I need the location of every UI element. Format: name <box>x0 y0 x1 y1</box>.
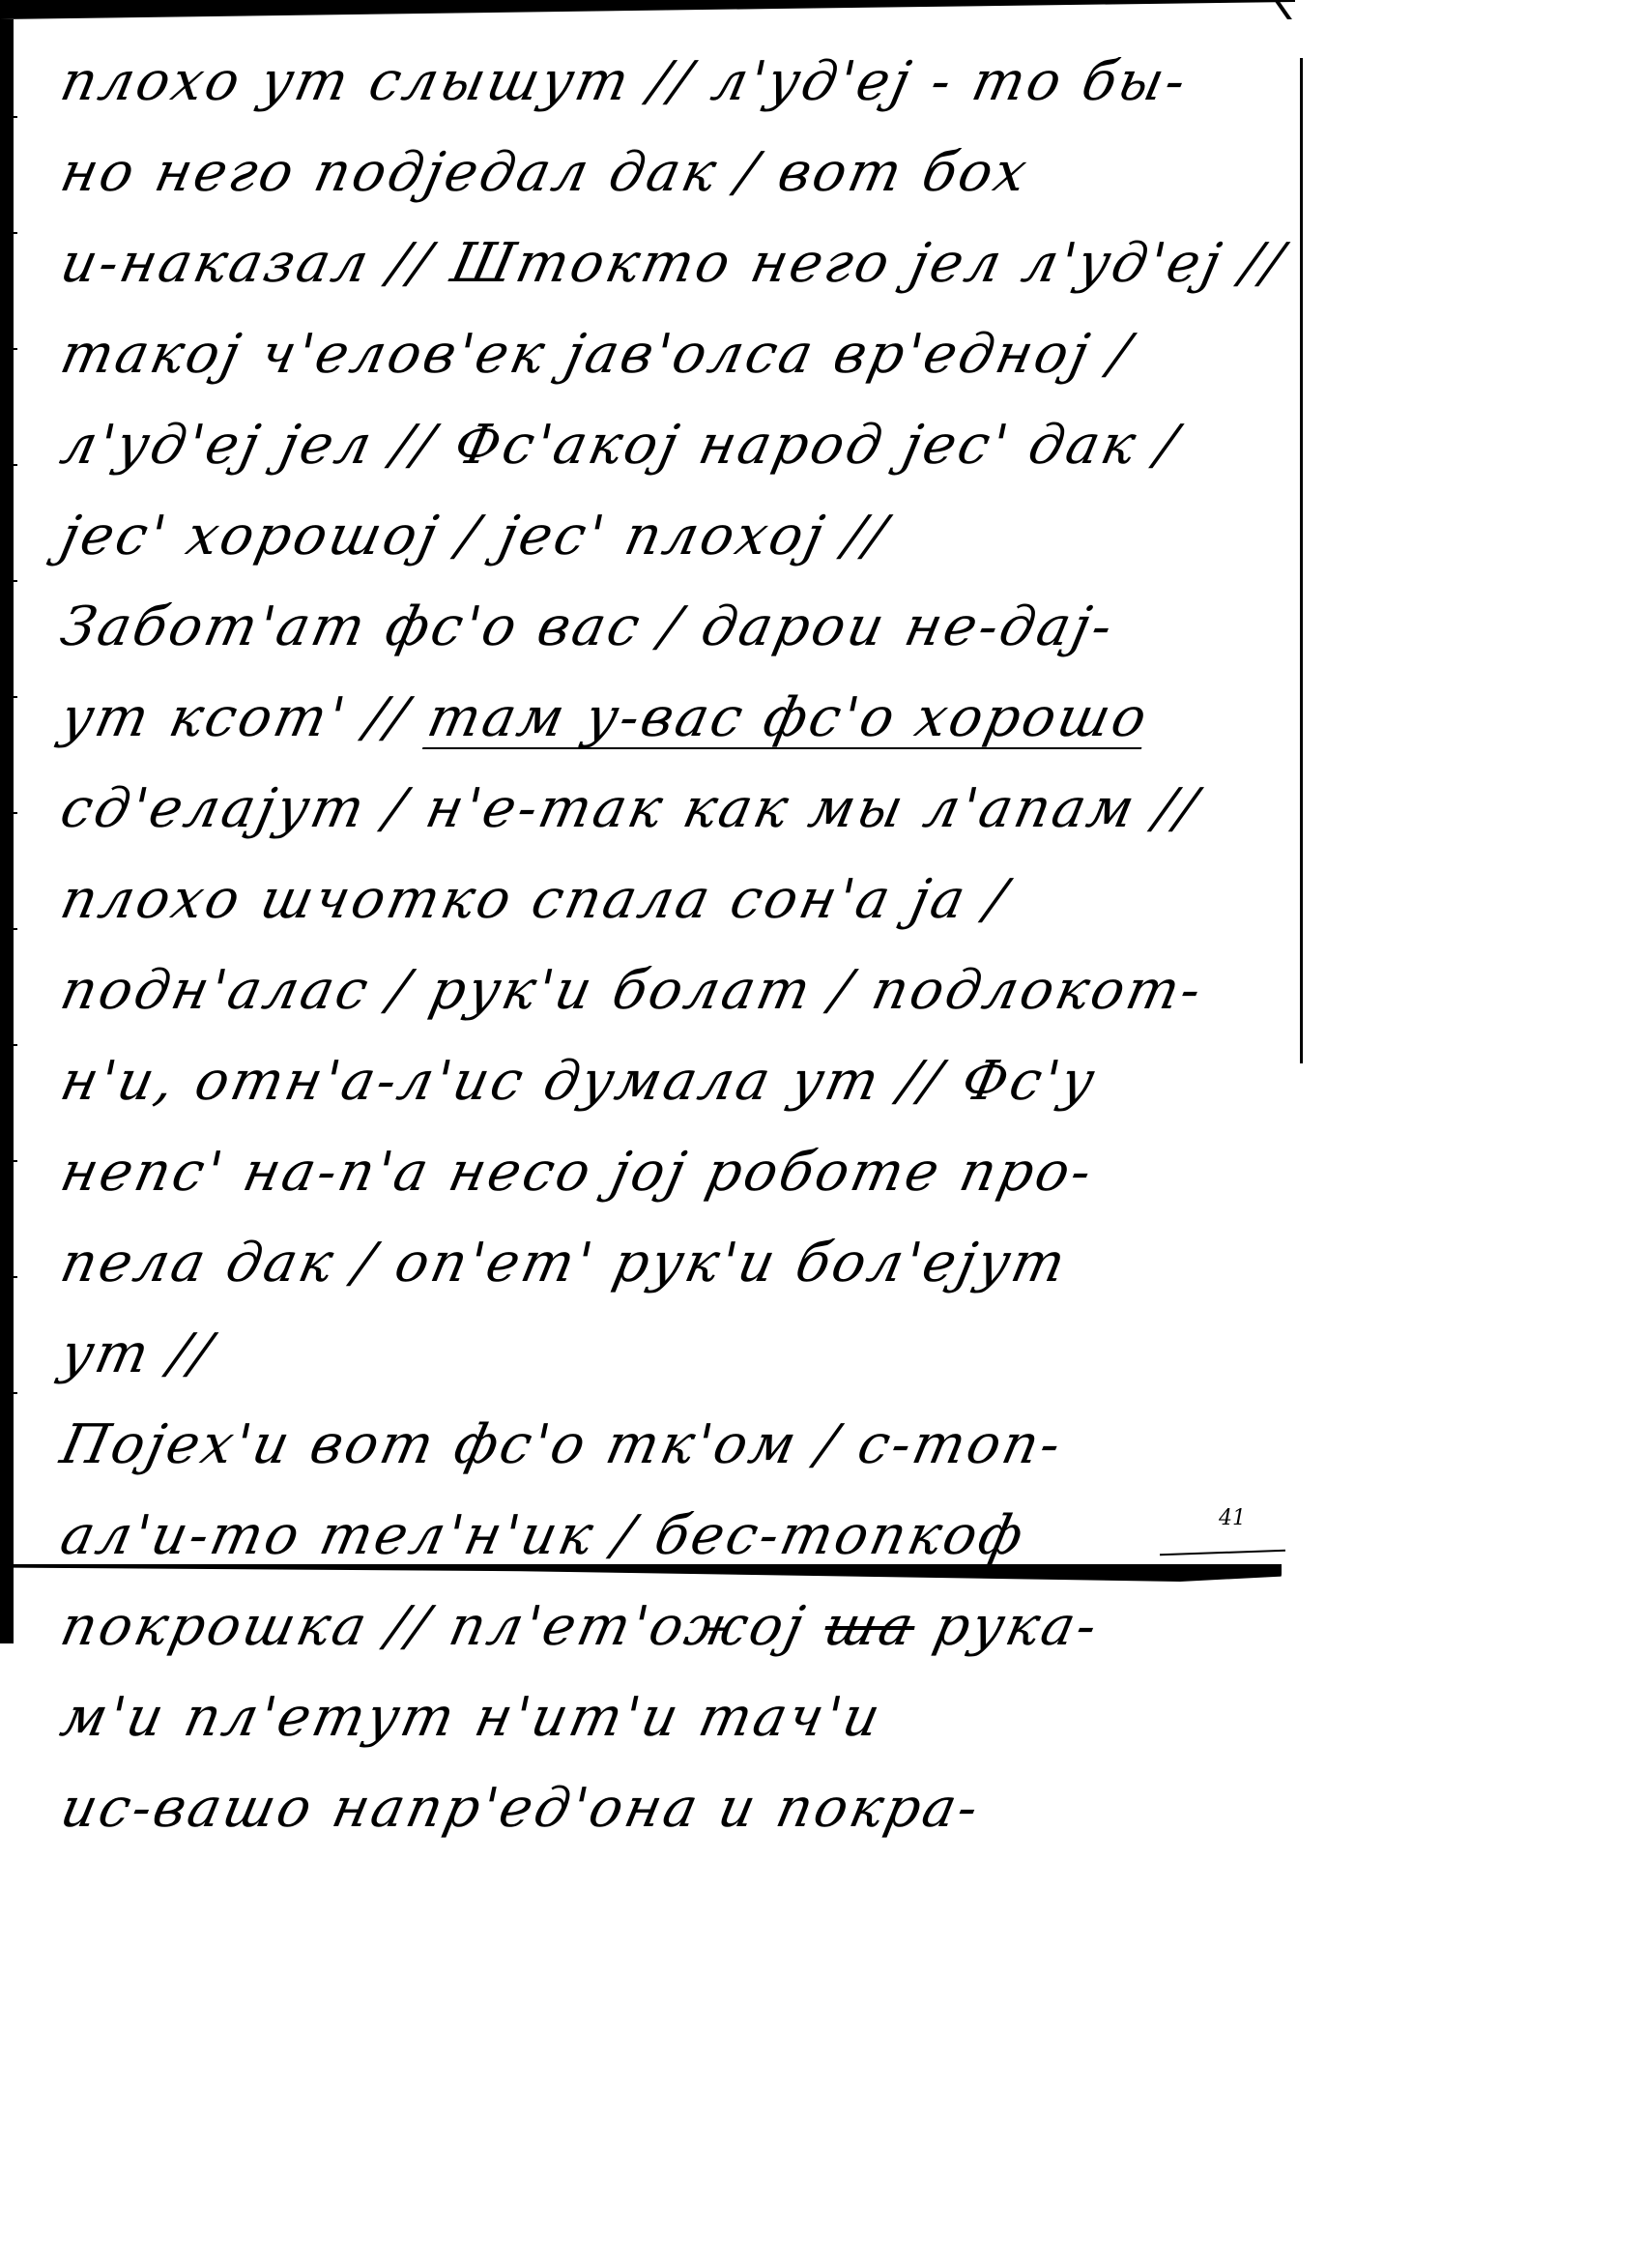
text-line: сд'елајут / н'е-так как мы л'апам // <box>52 764 1318 855</box>
margin-tick <box>10 1044 17 1046</box>
text-line: плохо шчотко спала сон'а ја / <box>52 855 1318 945</box>
text-line: ис-вашо напр'ед'она и покра- <box>52 1763 1318 1854</box>
text-line: н'и, отн'а-л'ис думала ут // Фс'у <box>52 1036 1318 1127</box>
page-number: 41 <box>1219 1506 1246 1530</box>
margin-tick <box>10 812 17 814</box>
scanned-page: плохо ут слышут // л'уд'еј - то бы- но н… <box>0 0 1643 2268</box>
margin-tick <box>10 232 17 234</box>
page-right-border <box>1300 58 1303 1063</box>
text-line: ут // <box>52 1309 1318 1400</box>
margin-tick <box>10 928 17 930</box>
text-line: јес' хорошој / јес' плохој // <box>52 491 1318 582</box>
manuscript-page: плохо ут слышут // л'уд'еј - то бы- но н… <box>14 19 1303 1566</box>
text-line: такој ч'елов'ек јав'олса вр'едној / <box>52 309 1318 400</box>
margin-tick <box>10 348 17 350</box>
margin-tick <box>10 696 17 698</box>
scan-top-edge <box>0 0 1295 19</box>
margin-tick <box>10 1392 17 1394</box>
text-line: но него подједал дак / вот бох <box>52 128 1318 218</box>
text-line-underlined: ут ксот' // там у-вас фс'о хорошо <box>52 673 1318 764</box>
text-line-start: покрошка // пл'ет'ожој <box>55 1595 812 1658</box>
text-line-start: ут ксот' // <box>55 686 436 749</box>
struck-out-word: ша <box>819 1595 921 1658</box>
margin-tick <box>10 580 17 582</box>
margin-tick <box>10 464 17 466</box>
scan-left-edge <box>0 19 14 1643</box>
text-line: Забот'ат фс'о вас / дарои не-дај- <box>52 582 1318 673</box>
text-line-end: рука- <box>928 1595 1105 1658</box>
margin-tick <box>10 1276 17 1278</box>
margin-tick <box>10 1160 17 1162</box>
text-line: л'уд'еј јел // Фс'акој народ јес' дак / <box>52 400 1318 491</box>
text-line-with-strikeout: покрошка // пл'ет'ожој ша рука- <box>52 1582 1318 1672</box>
text-line: непс' на-п'а несо јој роботе про- <box>52 1127 1318 1218</box>
underlined-phrase: там у-вас фс'о хорошо <box>422 686 1155 749</box>
handwritten-text-block: плохо ут слышут // л'уд'еј - то бы- но н… <box>52 37 1299 1854</box>
text-line: плохо ут слышут // л'уд'еј - то бы- <box>52 37 1318 128</box>
text-line: Појех'и вот фс'о тк'ом / с-топ- <box>52 1400 1318 1491</box>
text-line: пела дак / оп'ет' рук'и бол'еjут <box>52 1218 1318 1309</box>
text-line: подн'алас / рук'и болат / подлокот- <box>52 945 1318 1036</box>
margin-tick <box>10 116 17 118</box>
text-line: и-наказал // Штокто него јел л'уд'еј // <box>52 218 1318 309</box>
text-line: м'и пл'етут н'ит'и тач'и <box>52 1672 1318 1763</box>
